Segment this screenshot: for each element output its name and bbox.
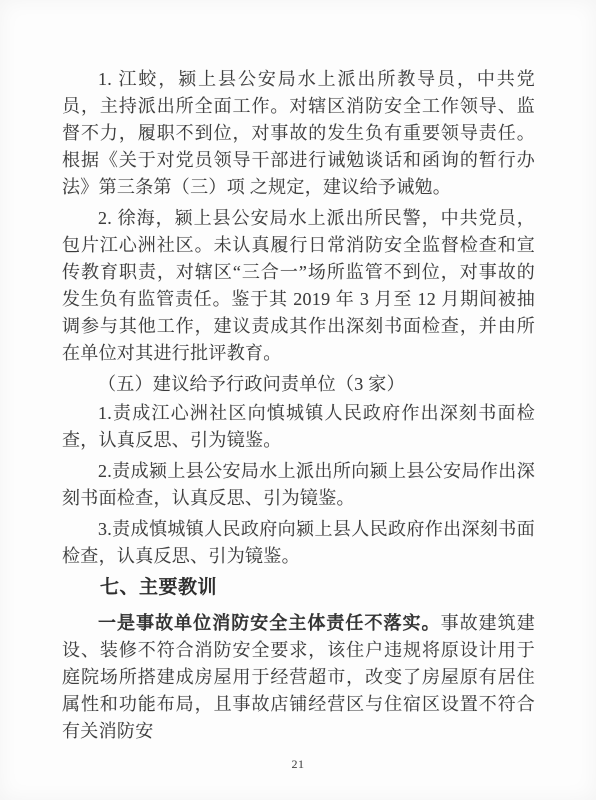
paragraph-unit-2: 2.责成颍上县公安局水上派出所向颍上县公安局作出深刻书面检查，认真反思、引为镜鉴… [62,458,535,512]
lesson-1-lead-text: 一是事故单位消防安全主体责任不落实。 [98,613,441,633]
document-page: 1. 江蛟，颍上县公安局水上派出所教导员，中共党员，主持派出所全面工作。对辖区消… [0,0,596,800]
page-number: 21 [0,757,596,772]
paragraph-unit-1: 1.责成江心洲社区向慎城镇人民政府作出深刻书面检查，认真反思、引为镜鉴。 [62,400,535,454]
subheading-section-5: （五）建议给予行政问责单位（3 家） [62,371,535,398]
paragraph-lesson-1: 一是事故单位消防安全主体责任不落实。事故建筑建设、装修不符合消防安全要求，该住户… [62,610,535,745]
paragraph-person-1: 1. 江蛟，颍上县公安局水上派出所教导员，中共党员，主持派出所全面工作。对辖区消… [62,66,535,201]
document-text-block: 1. 江蛟，颍上县公安局水上派出所教导员，中共党员，主持派出所全面工作。对辖区消… [62,66,535,749]
paragraph-unit-3: 3.责成慎城镇人民政府向颍上县人民政府作出深刻书面检查，认真反思、引为镜鉴。 [62,516,535,570]
paragraph-person-2: 2. 徐海，颍上县公安局水上派出所民警，中共党员，包片江心洲社区。未认真履行日常… [62,205,535,367]
heading-section-7: 七、主要教训 [62,574,535,601]
